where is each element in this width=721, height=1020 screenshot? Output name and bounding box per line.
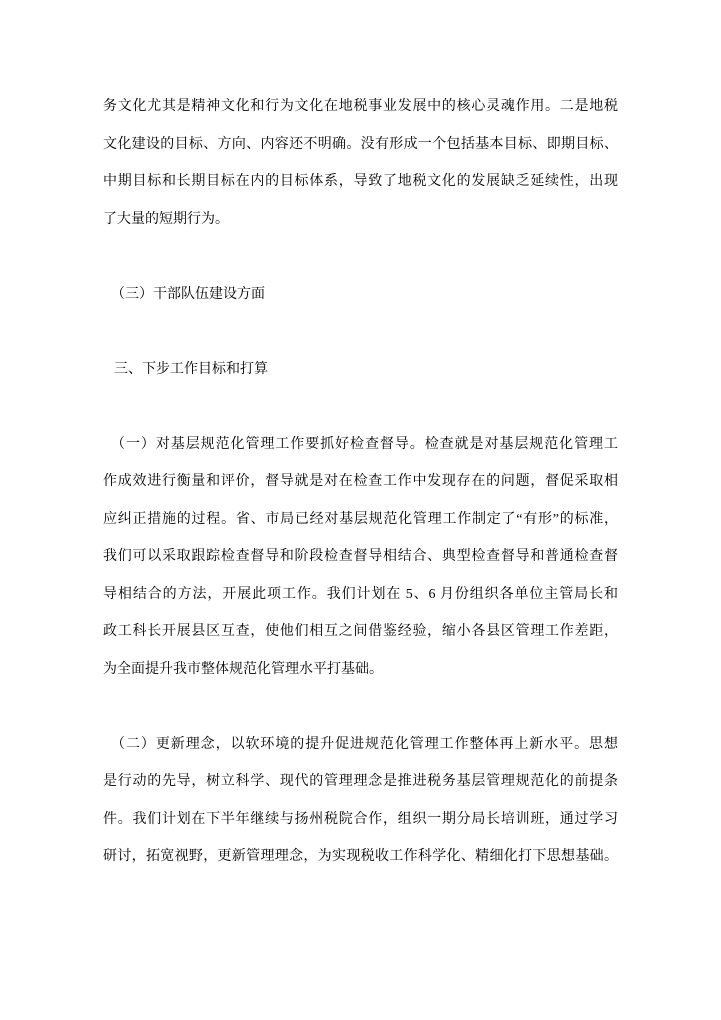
text-line: 中期目标和长期目标在内的目标体系，导致了地税文化的发展缺乏延续性，出现: [103, 163, 618, 201]
text-line: 务文化尤其是精神文化和行为文化在地税事业发展中的核心灵魂作用。二是地税: [103, 88, 618, 126]
heading-part-3: 三、下步工作目标和打算: [103, 351, 618, 389]
blank-line: [103, 238, 618, 276]
paragraph-culture-continuation: 务文化尤其是精神文化和行为文化在地税事业发展中的核心灵魂作用。二是地税 文化建设…: [103, 88, 618, 238]
blank-line: [103, 313, 618, 351]
text-line: 我们可以采取跟踪检查督导和阶段检查督导相结合、典型检查督导和普通检查督: [103, 538, 618, 576]
text-line: 研讨，拓宽视野，更新管理理念，为实现税收工作科学化、精细化打下思想基础。: [103, 838, 618, 876]
document-page: 务文化尤其是精神文化和行为文化在地税事业发展中的核心灵魂作用。二是地税 文化建设…: [0, 0, 721, 1020]
text-line: 应纠正措施的过程。省、市局已经对基层规范化管理工作制定了“有形”的标准，: [103, 501, 618, 539]
text-line: 件。我们计划在下半年继续与扬州税院合作，组织一期分局长培训班，通过学习: [103, 801, 618, 839]
blank-line: [103, 688, 618, 726]
paragraph-item-1: （一）对基层规范化管理工作要抓好检查督导。检查就是对基层规范化管理工 作成效进行…: [103, 426, 618, 689]
text-line: 为全面提升我市整体规范化管理水平打基础。: [103, 651, 618, 689]
text-line: （二）更新理念，以软环境的提升促进规范化管理工作整体再上新水平。思想: [103, 726, 618, 764]
heading-section-3: （三）干部队伍建设方面: [103, 276, 618, 314]
text-line: 是行动的先导，树立科学、现代的管理理念是推进税务基层管理规范化的前提条: [103, 763, 618, 801]
text-line: 作成效进行衡量和评价，督导就是对在检查工作中发现存在的问题，督促采取相: [103, 463, 618, 501]
text-line: 导相结合的方法，开展此项工作。我们计划在 5、6 月份组织各单位主管局长和: [103, 576, 618, 614]
text-line: （一）对基层规范化管理工作要抓好检查督导。检查就是对基层规范化管理工: [103, 426, 618, 464]
blank-line: [103, 388, 618, 426]
text-line: 政工科长开展县区互查，使他们相互之间借鉴经验，缩小各县区管理工作差距，: [103, 613, 618, 651]
text-line: 了大量的短期行为。: [103, 201, 618, 239]
paragraph-item-2: （二）更新理念，以软环境的提升促进规范化管理工作整体再上新水平。思想 是行动的先…: [103, 726, 618, 876]
text-line: 文化建设的目标、方向、内容还不明确。没有形成一个包括基本目标、即期目标、: [103, 126, 618, 164]
